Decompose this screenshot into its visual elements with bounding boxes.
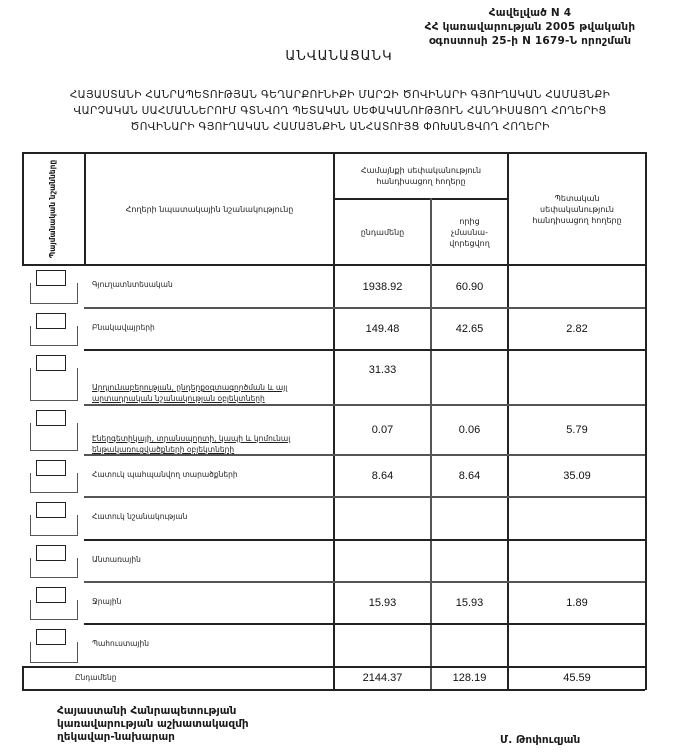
row-of-which-value: 15.93 <box>432 584 507 623</box>
row-divider <box>84 496 645 498</box>
header-code-label: Պայմանական նշանները <box>48 159 58 257</box>
row-state-value <box>509 626 645 666</box>
legend-symbol-box <box>36 545 66 561</box>
position-line-3: ղեկավար-նախարար <box>57 731 249 744</box>
legend-symbol-box <box>36 410 66 426</box>
row-total-value: 15.93 <box>335 584 430 623</box>
row-divider <box>84 539 645 541</box>
table-right-border <box>645 152 647 690</box>
row-of-which-value <box>432 499 507 539</box>
row-divider <box>84 581 645 583</box>
legend-symbol-box <box>36 629 66 645</box>
legend-frame-left <box>30 515 31 535</box>
legend-frame-right <box>77 368 78 400</box>
legend-frame-left <box>30 642 31 662</box>
legend-symbol-box <box>36 355 66 371</box>
row-divider <box>84 404 645 406</box>
row-label: Էներգետիկայի, տրանսպորտի, կապի և կոմունա… <box>92 433 328 455</box>
annex-reference: Հավելված N 4 ՀՀ կառավարության 2005 թվակա… <box>380 6 678 48</box>
header-state: Պետական սեփականություն հանդիսացող հողերը <box>509 154 645 264</box>
annex-decision: օգոստոսի 25-ի N 1679-Ն որոշման <box>380 34 678 48</box>
legend-frame-right <box>77 515 78 535</box>
row-of-which-value: 0.06 <box>432 407 507 454</box>
row-state-value <box>509 358 645 382</box>
row-label: Պահուստային <box>92 638 328 649</box>
legend-symbol-box <box>36 460 66 476</box>
subtitle-line-2: ՎԱՐՉԱԿԱՆ ՍԱՀՄԱՆՆԵՐՈՒՄ ԳՏՆՎՈՂ ՊԵՏԱԿԱՆ ՍԵՓ… <box>10 103 670 119</box>
legend-frame-right <box>77 283 78 303</box>
row-total-value: 0.07 <box>335 407 430 454</box>
signatory-position: Հայաստանի Հանրապետության կառավարության ա… <box>57 705 249 744</box>
subtitle-line-1: ՀԱՅԱՍՏԱՆԻ ՀԱՆՐԱՊԵՏՈՒԹՅԱՆ ԳԵՂԱՐՔՈՒՆԻՔԻ ՄԱ… <box>10 87 670 103</box>
legend-frame-right <box>77 326 78 345</box>
legend-frame-bottom <box>30 662 78 663</box>
row-of-which-value: 42.65 <box>432 310 507 349</box>
row-total-value <box>335 626 430 666</box>
row-divider <box>84 307 645 309</box>
legend-frame-bottom <box>30 345 78 346</box>
row-label: Ջրային <box>92 596 328 607</box>
header-community-group: Համայնքի սեփականություն հանդիսացող հողեր… <box>335 154 507 198</box>
legend-frame-left <box>30 283 31 303</box>
header-purpose: Հողերի նպատակային նշանակությունը <box>86 154 333 264</box>
row-total-value: 149.48 <box>335 310 430 349</box>
annex-number: Հավելված N 4 <box>380 6 678 20</box>
legend-frame-left <box>30 326 31 345</box>
legend-frame-right <box>77 642 78 662</box>
legend-frame-bottom <box>30 619 78 620</box>
row-state-value <box>509 499 645 539</box>
row-total-value: 31.33 <box>335 358 430 382</box>
legend-frame-left <box>30 558 31 577</box>
row-total-value <box>335 499 430 539</box>
row-of-which-value: 60.90 <box>432 267 507 307</box>
table-bottom-border <box>22 689 645 691</box>
legend-frame-bottom <box>30 400 78 401</box>
position-line-2: կառավարության աշխատակազմի <box>57 718 249 731</box>
legend-frame-right <box>77 473 78 492</box>
total-row-total: 2144.37 <box>335 668 430 689</box>
header-total: ընդամենը <box>335 200 430 264</box>
row-of-which-value: 8.64 <box>432 457 507 496</box>
signatory-name: Մ. Թոփուզյան <box>500 734 580 746</box>
header-code: Պայմանական նշանները <box>22 152 84 265</box>
total-row-of-which: 128.19 <box>432 668 507 689</box>
legend-symbol-box <box>36 313 66 329</box>
document-subtitle: ՀԱՅԱՍՏԱՆԻ ՀԱՆՐԱՊԵՏՈՒԹՅԱՆ ԳԵՂԱՐՔՈՒՆԻՔԻ ՄԱ… <box>10 87 670 135</box>
legend-frame-right <box>77 423 78 450</box>
row-total-value <box>335 542 430 581</box>
row-state-value: 1.89 <box>509 584 645 623</box>
row-label: Հատուկ նշանակության <box>92 511 328 522</box>
header-of-which: որից չմասնա-վորեցվող <box>432 200 507 264</box>
row-state-value: 2.82 <box>509 310 645 349</box>
position-line-1: Հայաստանի Հանրապետության <box>57 705 249 718</box>
row-divider <box>84 349 645 351</box>
row-label: Բնակավայրերի <box>92 322 328 333</box>
row-of-which-value <box>432 542 507 581</box>
legend-frame-left <box>30 473 31 492</box>
legend-symbol-box <box>36 587 66 603</box>
row-state-value: 35.09 <box>509 457 645 496</box>
row-label: Անտառային <box>92 554 328 565</box>
annex-government: ՀՀ կառավարության 2005 թվականի <box>380 20 678 34</box>
row-state-value: 5.79 <box>509 407 645 454</box>
row-of-which-value <box>432 358 507 382</box>
row-label: Գյուղատնտեսական <box>92 279 328 290</box>
legend-frame-left <box>30 368 31 400</box>
row-total-value: 8.64 <box>335 457 430 496</box>
row-label: Արդյունաբերության, ընդերքօգտագործման և ա… <box>92 382 328 404</box>
total-row-left-border <box>22 666 24 690</box>
legend-frame-bottom <box>30 303 78 304</box>
legend-symbol-box <box>36 270 66 286</box>
total-row-state: 45.59 <box>509 668 645 689</box>
legend-frame-left <box>30 600 31 619</box>
document-title: ԱՆՎԱՆԱՑԱՆԿ <box>0 49 678 64</box>
legend-frame-bottom <box>30 450 78 451</box>
legend-frame-right <box>77 600 78 619</box>
legend-frame-right <box>77 558 78 577</box>
total-row-label: Ընդամենը <box>75 672 117 683</box>
row-divider <box>84 623 645 625</box>
subtitle-line-3: ԾՈՎԻՆԱՐԻ ԳՅՈՒՂԱԿԱՆ ՀԱՄԱՅՆՔԻՆ ԱՆՀԱՏՈՒՅՑ Փ… <box>10 119 670 135</box>
legend-frame-left <box>30 423 31 450</box>
row-of-which-value <box>432 626 507 666</box>
legend-symbol-box <box>36 502 66 518</box>
row-label: Հատուկ պահպանվող տարածքների <box>92 469 328 480</box>
legend-frame-bottom <box>30 577 78 578</box>
row-state-value <box>509 267 645 307</box>
legend-frame-bottom <box>30 535 78 536</box>
row-state-value <box>509 542 645 581</box>
legend-frame-bottom <box>30 492 78 493</box>
row-total-value: 1938.92 <box>335 267 430 307</box>
